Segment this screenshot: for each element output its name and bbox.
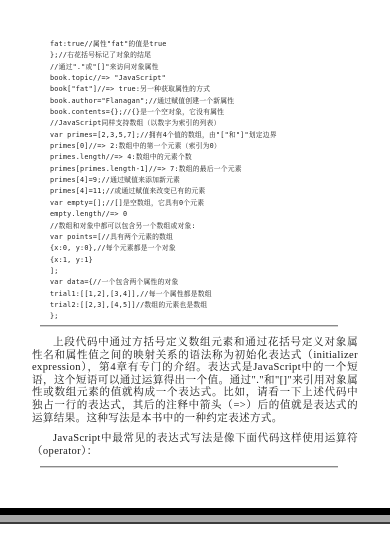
code-line: book.topic//=> "JavaScript" — [50, 73, 370, 84]
code-line: };//右花括号标记了对象的结尾 — [50, 50, 370, 61]
code-line: fat:true//属性"fat"的值是true — [50, 39, 370, 50]
code-line: }; — [50, 311, 370, 322]
code-line: primes[primes.length-1]//=> 7:数组的最后一个元素 — [50, 164, 370, 175]
code-line: book.contents={};//{}是一个空对象，它没有属性 — [50, 107, 370, 118]
code-line: //JavaScript同样支持数组（以数字为索引的列表） — [50, 118, 370, 129]
code-line: {x:0, y:0},//每个元素都是一个对象 — [50, 243, 370, 254]
code-line: book["fat"]//=> true:另一种获取属性的方式 — [50, 84, 370, 95]
body-text: 上段代码中通过方括号定义数组元素和通过花括号定义对象属性名和属性值之间的映射关系… — [32, 337, 358, 458]
paragraph: 上段代码中通过方括号定义数组元素和通过花括号定义对象属性名和属性值之间的映射关系… — [32, 337, 358, 425]
code-line: var empty=[];//[]是空数组，它具有0个元素 — [50, 198, 370, 209]
code-line: trial2:[[2,3],[4,5]]//数组的元素也是数组 — [50, 300, 370, 311]
code-line: var primes=[2,3,5,7];//拥有4个值的数组，由"["和"]"… — [50, 130, 370, 141]
code-line: var points=[//具有两个元素的数组 — [50, 232, 370, 243]
code-line: ]; — [50, 266, 370, 277]
code-line: primes.length//=> 4:数组中的元素个数 — [50, 152, 370, 163]
code-line: {x:1, y:1} — [50, 255, 370, 266]
code-block: fat:true//属性"fat"的值是true };//右花括号标记了对象的结… — [50, 39, 370, 323]
code-line: var data={//一个包含两个属性的对象 — [50, 277, 370, 288]
code-line: trial1:[[1,2],[3,4]],//每一个属性都是数组 — [50, 289, 370, 300]
code-line: primes[4]=11;//或通过赋值来改变已有的元素 — [50, 186, 370, 197]
code-line: book.author="Flanagan";//通过赋值创建一个新属性 — [50, 96, 370, 107]
code-line: empty.length//=> 0 — [50, 209, 370, 220]
code-line: primes[4]=9;//通过赋值来添加新元素 — [50, 175, 370, 186]
code-line: //数组和对象中都可以包含另一个数组或对象: — [50, 221, 370, 232]
code-line: //通过"."或"[]"来访问对象属性 — [50, 62, 370, 73]
next-code-block-divider — [40, 466, 338, 467]
code-block-divider — [40, 325, 338, 326]
page-edge-band — [0, 508, 390, 524]
ebook-page: fat:true//属性"fat"的值是true };//右花括号标记了对象的结… — [0, 0, 390, 546]
code-line: primes[0]//=> 2:数组中的第一个元素（索引为0） — [50, 141, 370, 152]
paragraph: JavaScript中最常见的表达式写法是像下面代码这样使用运算符（operat… — [32, 433, 358, 458]
